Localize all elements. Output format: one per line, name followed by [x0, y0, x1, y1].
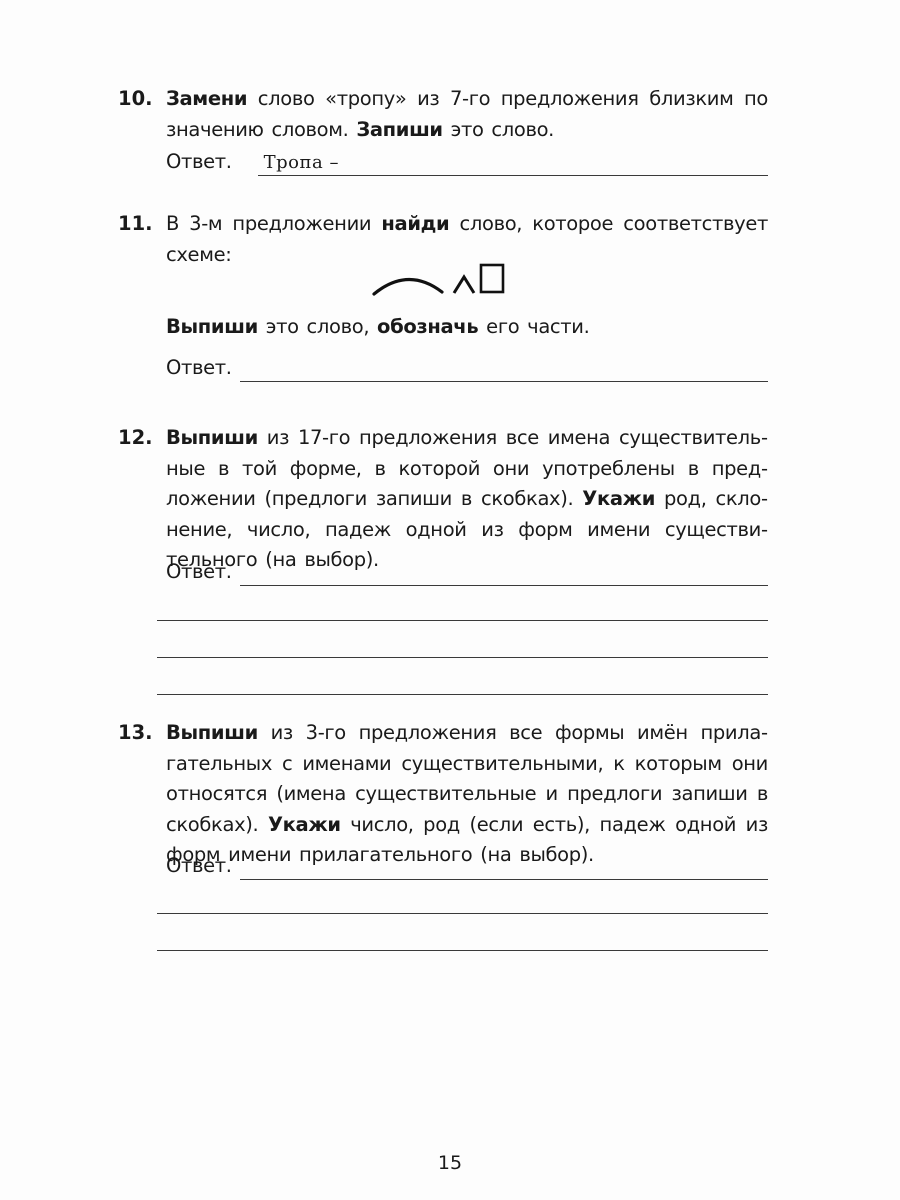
bold-keyword: найди: [381, 212, 449, 235]
answer-extra-line-13-2[interactable]: [157, 950, 768, 951]
task-13: 13. Выпиши из 3-го предложения все формы…: [118, 718, 768, 871]
page-number: 15: [0, 1152, 900, 1174]
task-text: Выпиши из 3-го предложения все формы имё…: [166, 718, 768, 871]
task-11: 11. В 3-м предложении найди слово, котор…: [118, 209, 768, 270]
task-number: 11.: [118, 209, 153, 240]
task-10: 10. Замени слово «тропу» из 7-го предлож…: [118, 84, 768, 145]
answer-label: Ответ.: [166, 854, 232, 880]
task-text: Замени слово «тропу» из 7-го предложения…: [166, 84, 768, 145]
bold-keyword: Запиши: [356, 118, 442, 141]
ending-box-icon: [481, 265, 503, 292]
answer-extra-line-12-2[interactable]: [157, 657, 768, 658]
task-11-instruction: Выпиши это слово, обозначь его части.: [118, 312, 768, 343]
answer-label: Ответ.: [166, 356, 232, 382]
task-number: 10.: [118, 84, 153, 115]
text-run: его части.: [478, 315, 589, 338]
bold-keyword: Укажи: [582, 487, 655, 510]
answer-input-12[interactable]: [240, 555, 768, 586]
text-run: В 3-м предложении: [166, 212, 381, 235]
bold-keyword: Выпиши: [166, 315, 258, 338]
answer-label: Ответ.: [166, 150, 232, 176]
answer-input-13[interactable]: [240, 849, 768, 880]
task-12: 12. Выпиши из 17-го предложения все имен…: [118, 423, 768, 576]
answer-row-11: Ответ.: [166, 352, 768, 382]
root-arc-icon: [374, 279, 442, 294]
answer-input-10[interactable]: Тропа –: [258, 145, 768, 176]
bold-keyword: обозначь: [377, 315, 478, 338]
answer-label: Ответ.: [166, 560, 232, 586]
answer-row-10: Ответ. Тропа –: [166, 146, 768, 176]
bold-keyword: Замени: [166, 87, 247, 110]
answer-prefill: Тропа –: [264, 152, 339, 173]
task-text: В 3-м предложении найди слово, которое с…: [166, 209, 768, 270]
answer-row-13: Ответ.: [166, 850, 768, 880]
task-text: Выпиши из 17-го предложения все имена су…: [166, 423, 768, 576]
answer-row-12: Ответ.: [166, 556, 768, 586]
answer-extra-line-12-3[interactable]: [157, 694, 768, 695]
bold-keyword: Укажи: [268, 813, 341, 836]
suffix-caret-icon: [454, 277, 474, 293]
task-number: 12.: [118, 423, 153, 454]
word-scheme: [370, 262, 530, 302]
task-number: 13.: [118, 718, 153, 749]
bold-keyword: Выпиши: [166, 426, 258, 449]
text-run: это слово.: [443, 118, 554, 141]
text-run: это слово,: [258, 315, 377, 338]
bold-keyword: Выпиши: [166, 721, 258, 744]
answer-extra-line-13-1[interactable]: [157, 913, 768, 914]
answer-extra-line-12-1[interactable]: [157, 620, 768, 621]
instruction-text: Выпиши это слово, обозначь его части.: [166, 312, 768, 343]
answer-input-11[interactable]: [240, 351, 768, 382]
